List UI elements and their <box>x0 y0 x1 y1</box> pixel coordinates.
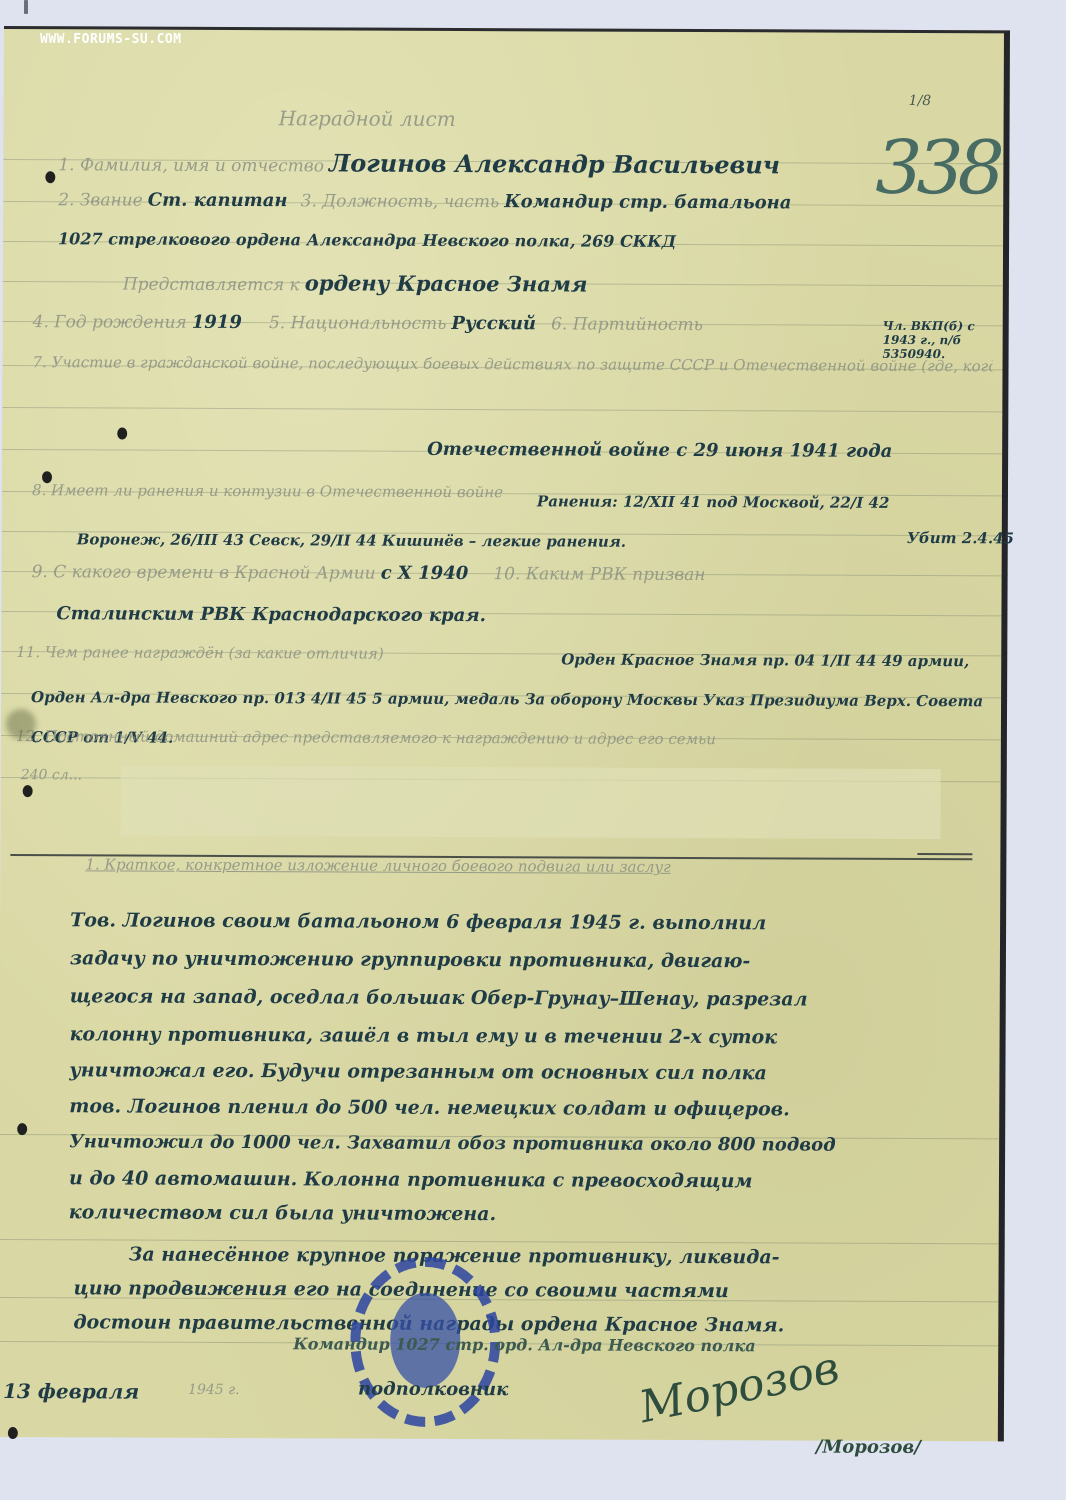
field-label: Представляется к <box>123 275 300 296</box>
watermark: WWW.FORUMS-SU.COM <box>40 32 182 47</box>
narrative-line: количеством сил была уничтожена. <box>69 1201 496 1225</box>
field-party-value: Чл. ВКП(б) с 1943 г., п/б 5350940. <box>883 319 993 361</box>
field-unit: 1027 стрелкового ордена Александра Невск… <box>58 229 676 251</box>
field-war-participation: Отечественной войне с 29 июня 1941 года <box>427 439 892 462</box>
narrative-line: тов. Логинов пленил до 500 чел. немецких… <box>69 1095 790 1120</box>
field-label: 7. Участие в гражданской войне, последую… <box>32 353 992 375</box>
field-label: 3. Должность, часть <box>301 191 500 212</box>
narrative-line: уничтожал его. Будучи отрезанным от осно… <box>69 1059 767 1084</box>
field-full-name: 1. Фамилия, имя и отчество Логинов Алекс… <box>58 147 780 179</box>
signatory-rank: подполковник <box>358 1379 508 1401</box>
signature: Морозов <box>635 1342 843 1433</box>
field-label: 10. Каким РВК призван <box>493 564 705 585</box>
document-title: Наградной лист <box>279 106 456 131</box>
field-label: 6. Партийность <box>551 314 703 335</box>
field-label: 12. Постоянный домашний адрес представля… <box>16 727 716 748</box>
signatory-name: /Морозов/ <box>816 1437 921 1458</box>
date-day: 13 февраля <box>3 1379 139 1404</box>
narrative-line: щегося на запад, оседлал большак Обер-Гр… <box>70 985 808 1010</box>
ink-spot <box>8 1427 18 1439</box>
field-draft-office: Сталинским РВК Краснодарского края. <box>56 603 486 626</box>
date-year: 1945 г. <box>188 1382 240 1398</box>
field-rank-position: 2. Звание Ст. капитан 3. Должность, част… <box>58 189 791 213</box>
field-label: 4. Год рождения <box>33 312 187 333</box>
field-value: с X 1940 <box>381 563 469 584</box>
document-number: 338 <box>875 125 999 212</box>
ink-spot <box>42 471 52 483</box>
field-value: Логинов Александр Васильевич <box>329 148 780 179</box>
field-value: Русский <box>451 313 536 334</box>
signatory-title: Командир 1027 стр. орд. Ал-дра Невского … <box>293 1334 755 1355</box>
award-sheet: 1/8 338 Наградной лист 1. Фамилия, имя и… <box>0 26 1010 1441</box>
field-wounds: Ранения: 12/XII 41 под Москвой, 22/I 42 … <box>77 479 897 563</box>
ink-spot <box>45 171 55 183</box>
field-value: ордену Красное Знамя <box>305 270 588 296</box>
field-birth-nationality-party: 4. Год рождения 1919 5. Национальность Р… <box>33 311 703 335</box>
ink-spot <box>17 1123 27 1135</box>
field-address-value: 240 сл... <box>21 767 82 783</box>
field-label: 5. Национальность <box>269 313 446 334</box>
field-label: 9. С какого времени в Красной Армии <box>32 562 376 584</box>
ink-spot <box>23 785 33 797</box>
pushpin <box>24 0 28 14</box>
field-killed-note: Убит 2.4.45 <box>907 529 1014 547</box>
narrative-line: и до 40 автомашин. Колонна противника с … <box>69 1167 753 1192</box>
ink-spot <box>117 427 127 439</box>
field-value: 1919 <box>192 312 242 333</box>
redacted-area <box>120 766 940 840</box>
field-label: 2. Звание <box>58 190 143 210</box>
section-heading: 1. Краткое, конкретное изложение личного… <box>85 855 670 876</box>
nomination-line: Представляется к ордену Красное Знамя <box>123 270 588 297</box>
narrative-line: задачу по уничтожению группировки против… <box>70 947 750 972</box>
field-value: Ст. капитан <box>148 190 288 212</box>
field-value: Командир стр. батальона <box>504 191 791 213</box>
narrative-line: Тов. Логинов своим батальоном 6 февраля … <box>70 909 766 934</box>
sheet-number: 1/8 <box>909 93 932 109</box>
narrative-line: колонну противника, зашёл в тыл ему и в … <box>70 1023 778 1048</box>
narrative-line: Уничтожил до 1000 чел. Захватил обоз про… <box>69 1131 836 1155</box>
field-label: 1. Фамилия, имя и отчество <box>58 155 324 176</box>
field-service-since: 9. С какого времени в Красной Армии с X … <box>32 561 706 585</box>
stain <box>6 709 36 739</box>
